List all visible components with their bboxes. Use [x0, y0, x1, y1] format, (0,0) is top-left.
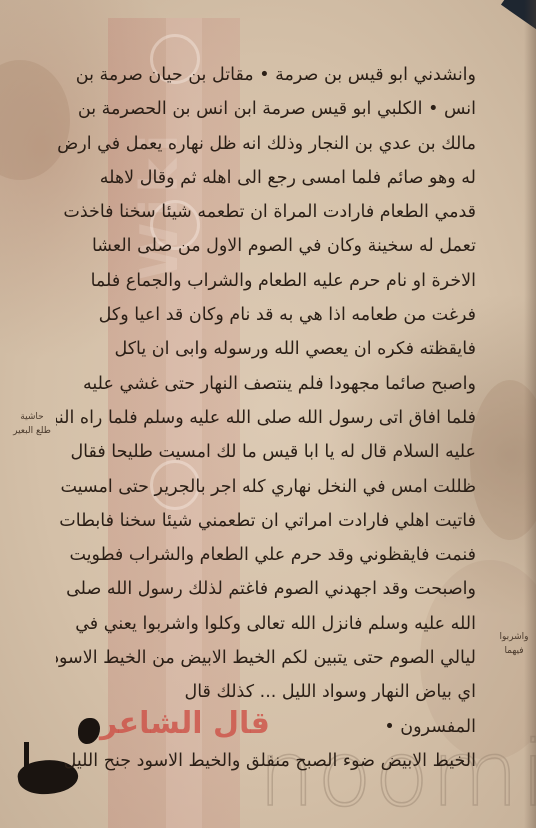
text-line: انس • الكلبي ابو قيس صرمة ابن انس بن الح…: [56, 92, 476, 126]
text-line: اي بياض النهار وسواد الليل ... كذلك قال: [56, 675, 476, 709]
text-line: ظللت امس في النخل نهاري كله اجر بالجرير …: [56, 470, 476, 504]
text-line: واصبح صائما مجهودا فلم ينتصف النهار حتى …: [56, 367, 476, 401]
text-line: قدمي الطعام فارادت المراة ان تطعمه شيئا …: [56, 195, 476, 229]
text-line: الاخرة او نام حرم عليه الطعام والشراب وا…: [56, 264, 476, 298]
manuscript-text-block: وانشدني ابو قيس بن صرمة • مقاتل بن حيان …: [56, 58, 476, 778]
text-line: فايقظته فكره ان يعصي الله ورسوله وابى ان…: [56, 332, 476, 366]
text-line: مالك بن عدي بن النجار وذلك انه ظل نهاره …: [56, 127, 476, 161]
margin-note-line: حاشية: [0, 410, 64, 424]
text-line: فلما افاق اتى رسول الله صلى الله عليه وس…: [56, 401, 476, 435]
text-line: عليه السلام قال له يا ابا قيس ما لك امسي…: [56, 435, 476, 469]
text-line: له وهو صائم فلما امسى رجع الى اهله ثم وق…: [56, 161, 476, 195]
page-edge-shadow: [524, 0, 536, 828]
margin-note-right: واشربوا فيهما: [492, 630, 536, 658]
rubric-heading: قال الشاعر: [100, 706, 270, 741]
text-line: الله عليه وسلم فانزل الله تعالى وكلوا وا…: [56, 607, 476, 641]
manuscript-page: Wiki noomi وانشدني ابو قيس بن صرمة • مقا…: [0, 0, 536, 828]
text-line: وانشدني ابو قيس بن صرمة • مقاتل بن حيان …: [56, 58, 476, 92]
text-line: تعمل له سخينة وكان في الصوم الاول من صلى…: [56, 229, 476, 263]
text-line: فاتيت اهلي فارادت امراتي ان تطعمني شيئا …: [56, 504, 476, 538]
text-line: الخيط الابيض ضوء الصبح منفلق والخيط الاس…: [56, 744, 476, 778]
text-line: فرغت من طعامه اذا هي به قد نام وكان قد ا…: [56, 298, 476, 332]
margin-note-line: فيهما: [492, 644, 536, 658]
text-line: ليالي الصوم حتى يتبين لكم الخيط الابيض م…: [56, 641, 476, 675]
margin-note-line: واشربوا: [492, 630, 536, 644]
margin-note-left: حاشية طلع البعير: [0, 410, 64, 438]
margin-note-line: طلع البعير: [0, 424, 64, 438]
text-line: واصبحت وقد اجهدني الصوم فاغتم لذلك رسول …: [56, 572, 476, 606]
text-line: فنمت فايقظوني وقد حرم علي الطعام والشراب…: [56, 538, 476, 572]
